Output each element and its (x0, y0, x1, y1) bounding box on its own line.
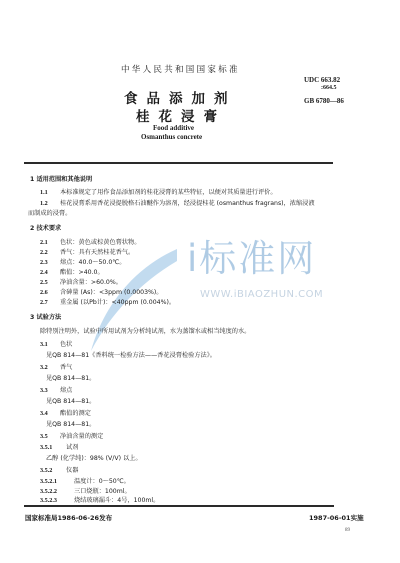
clause-3-4-title: 3.4 酯值的测定 (40, 409, 91, 418)
clause-3-5-2-title: 3.5.2 仪器 (40, 466, 78, 475)
clause-text: 烧结玻璃漏斗：4号，100ml。 (74, 497, 159, 504)
clause-title: 熔点 (60, 387, 72, 394)
clause-3-1-title: 3.1 色状 (40, 340, 72, 349)
title-en-line2: Osmanthus concrete (141, 133, 202, 141)
standard-organization: 中华人民共和国国家标准 (121, 63, 240, 75)
clause-number: 2.7 (40, 298, 58, 307)
clause-3-5-1-title: 3.5.1 试剂 (40, 443, 78, 452)
section-1-heading: 1 适用范围和其他说明 (30, 175, 92, 184)
clause-text: 酯值：>40.0。 (60, 269, 104, 276)
clause-title: 净油含量的测定 (60, 433, 103, 440)
title-cn-line1: 食品添加剂 (124, 87, 237, 107)
clause-number: 3.2 (40, 363, 58, 372)
clause-number: 3.3 (40, 386, 58, 395)
effective-date: 1987-06-01实施 (309, 513, 364, 522)
title-en-line1: Food additive (153, 124, 194, 132)
clause-1-1: 1.1 本标准规定了用作食品添加剂的桂花浸膏的某些特征，以便对其质量进行评价。 (40, 188, 277, 197)
clause-3-4-text: 见QB 814—81。 (46, 420, 95, 429)
clause-3-5-2-3: 3.5.2.3 烧结玻璃漏斗：4号，100ml。 (40, 496, 159, 505)
clause-text: 香气：具有天然桂花香气。 (60, 249, 134, 256)
clause-2-3: 2.3 熔点：40.0～50.0℃。 (40, 258, 125, 267)
title-cn-line2: 桂花浸膏 (136, 105, 226, 125)
section-3-intro: 除特别注明外，试验中所用试剂为分析纯试剂，水为蒸馏水或相当纯度的水。 (40, 327, 250, 336)
clause-2-6: 2.6 含砷量 (As)：<3ppm (0.0003%)。 (40, 288, 163, 297)
clause-number: 2.5 (40, 278, 58, 287)
clause-3-5-title: 3.5 净油含量的测定 (40, 432, 103, 441)
clause-number: 2.2 (40, 248, 58, 257)
clause-3-5-2-1: 3.5.2.1 温度计：0～50℃。 (40, 477, 130, 486)
clause-text: 重金属 (以Pb计)：<40ppm (0.004%)。 (60, 299, 175, 306)
udc-code-2: :664.5 (304, 84, 340, 92)
clause-number: 3.5.1 (40, 443, 64, 452)
clause-title: 试剂 (66, 444, 78, 451)
clause-2-1: 2.1 色状：黄色或棕黄色膏状物。 (40, 238, 140, 247)
clause-number: 3.5.2 (40, 466, 64, 475)
clause-2-7: 2.7 重金属 (以Pb计)：<40ppm (0.004%)。 (40, 298, 175, 307)
clause-3-1-text: 见QB 814—81《香料统一检验方法——香花浸膏检验方法》。 (46, 351, 216, 360)
clause-text: 净油含量：>60.0%。 (60, 279, 122, 286)
clause-3-5-2-2: 3.5.2.2 三口烧瓶：100ml。 (40, 487, 131, 496)
clause-2-2: 2.2 香气：具有天然桂花香气。 (40, 248, 134, 257)
clause-number: 3.5.2.3 (40, 496, 72, 505)
clause-number: 1.1 (40, 188, 58, 197)
watermark-url: WWW.iBIAOZHUN.COM (200, 289, 323, 300)
udc-label: UDC (304, 76, 319, 84)
clause-title: 色状 (60, 341, 72, 348)
gb-number: GB 6780—86 (304, 97, 344, 105)
clause-number: 2.4 (40, 268, 58, 277)
clause-3-3-title: 3.3 熔点 (40, 386, 72, 395)
clause-title: 香气 (60, 364, 72, 371)
clause-text: 三口烧瓶：100ml。 (74, 488, 131, 495)
clause-text: 色状：黄色或棕黄色膏状物。 (60, 239, 140, 246)
clause-number: 3.5.2.1 (40, 477, 72, 486)
udc-code-1: 663.82 (321, 76, 340, 84)
footer-divider (24, 505, 334, 507)
clause-1-2: 1.2 桂花浸膏系用香花浸提脱格石油醚作为溶剂，经浸提桂花 (osmanthus… (40, 199, 315, 208)
clause-text: 含砷量 (As)：<3ppm (0.0003%)。 (60, 289, 163, 296)
clause-number: 3.1 (40, 340, 58, 349)
clause-3-5-1-text: 乙醇 (化学纯)：98% (V/V) 以上。 (46, 454, 142, 463)
header-divider (24, 162, 333, 164)
issue-date: 国家标准局1986-06-26发布 (25, 513, 112, 522)
clause-number: 2.3 (40, 258, 58, 267)
udc-classification: UDC 663.82 :664.5 (304, 76, 340, 92)
clause-title: 酯值的测定 (60, 410, 91, 417)
clause-number: 3.5 (40, 432, 58, 441)
clause-number: 1.2 (40, 199, 58, 208)
clause-number: 2.6 (40, 288, 58, 297)
clause-2-4: 2.4 酯值：>40.0。 (40, 268, 104, 277)
clause-3-2-title: 3.2 香气 (40, 363, 72, 372)
clause-2-5: 2.5 净油含量：>60.0%。 (40, 278, 122, 287)
clause-3-2-text: 见QB 814—81。 (46, 374, 95, 383)
clause-title: 仪器 (66, 467, 78, 474)
section-2-heading: 2 技术要求 (30, 224, 61, 233)
section-3-heading: 3 试验方法 (30, 313, 61, 322)
clause-text: 温度计：0～50℃。 (74, 478, 130, 485)
clause-number: 2.1 (40, 238, 58, 247)
clause-1-2-continuation: 而制成的浸膏。 (28, 209, 71, 218)
clause-text: 桂花浸膏系用香花浸提脱格石油醚作为溶剂，经浸提桂花 (osmanthus fra… (60, 200, 315, 207)
watermark-brand: i标准网 (187, 228, 316, 282)
clause-number: 3.4 (40, 409, 58, 418)
page-number: 89 (345, 528, 350, 533)
clause-number: 3.5.2.2 (40, 487, 72, 496)
clause-3-3-text: 见QB 814—81。 (46, 397, 95, 406)
clause-text: 本标准规定了用作食品添加剂的桂花浸膏的某些特征，以便对其质量进行评价。 (60, 189, 277, 196)
clause-text: 熔点：40.0～50.0℃。 (60, 259, 125, 266)
